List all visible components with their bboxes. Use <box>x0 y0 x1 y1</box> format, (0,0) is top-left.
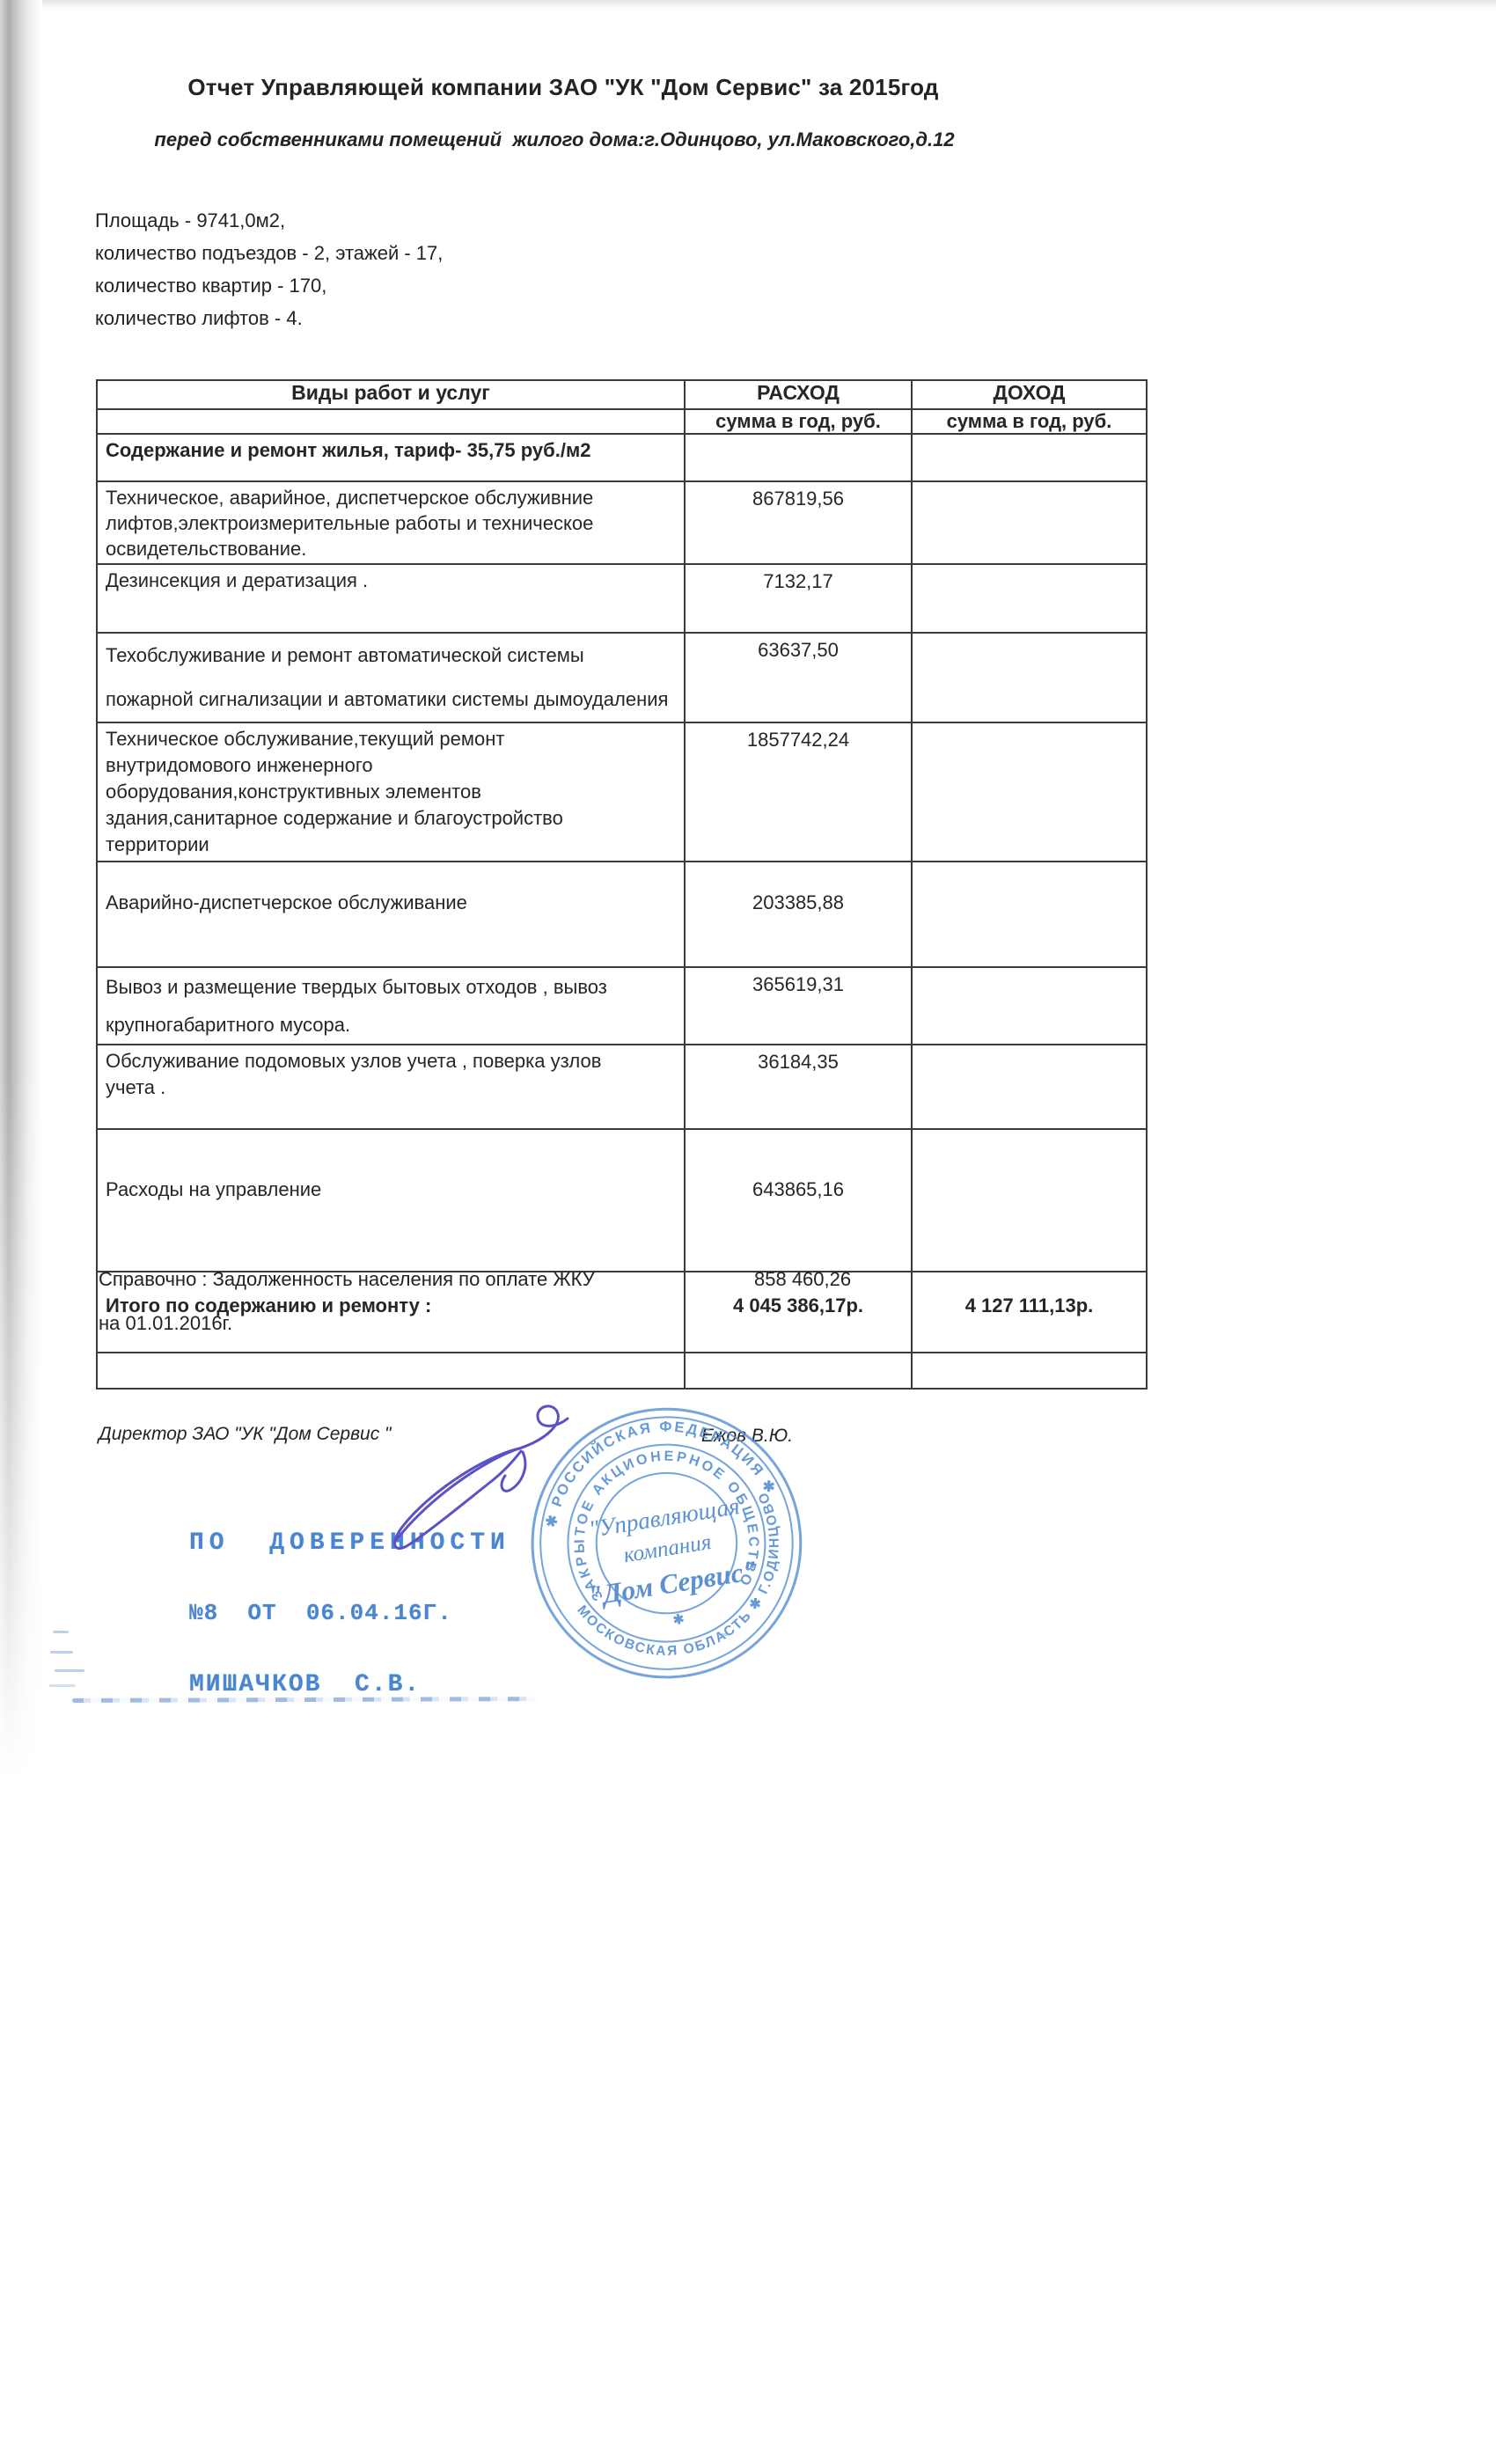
info-entrances-floors: количество подъездов - 2, этажей - 17, <box>95 237 443 269</box>
seal-center-line3: "Дом Сервис" <box>585 1554 760 1611</box>
info-apartments: количество квартир - 170, <box>95 269 443 302</box>
table-row: Аварийно-диспетчерское обслуживание20338… <box>97 862 1147 967</box>
table-row <box>97 1353 1147 1389</box>
header-income: ДОХОД <box>912 380 1147 409</box>
proxy-line-2: №8 ОТ 06.04.16Г. <box>189 1600 510 1626</box>
service-cell: Содержание и ремонт жилья, тариф- 35,75 … <box>97 434 685 481</box>
header-services: Виды работ и услуг <box>97 380 685 409</box>
expense-cell: 203385,88 <box>685 862 912 967</box>
income-cell <box>912 1045 1147 1129</box>
scan-top-shadow <box>0 0 1496 9</box>
signature-svg <box>370 1377 607 1566</box>
table-row: Техническое, аварийное, диспетчерское об… <box>97 481 1147 564</box>
ink-speck <box>55 1669 84 1672</box>
reference-note: Справочно : Задолженность населения по о… <box>99 1268 1067 1291</box>
ink-speck <box>717 1633 730 1636</box>
reference-label: Справочно : Задолженность населения по о… <box>99 1268 595 1290</box>
table-row: Дезинсекция и дератизация .7132,17 <box>97 564 1147 633</box>
handwritten-signature <box>370 1377 607 1566</box>
services-table: Виды работ и услуг РАСХОД ДОХОД сумма в … <box>96 379 1148 1390</box>
service-cell: Техническое обслуживание,текущий ремонт … <box>97 722 685 862</box>
subheader-income-units: сумма в год, руб. <box>912 409 1147 434</box>
ink-speck <box>53 1631 69 1633</box>
scan-left-shadow <box>0 0 42 1936</box>
ink-speck <box>50 1651 73 1654</box>
header-expense: РАСХОД <box>685 380 912 409</box>
ink-speck <box>49 1684 76 1687</box>
income-cell <box>912 633 1147 722</box>
expense-cell: 36184,35 <box>685 1045 912 1129</box>
expense-cell: 643865,16 <box>685 1129 912 1272</box>
expense-cell: 63637,50 <box>685 633 912 722</box>
service-cell: Вывоз и размещение твердых бытовых отход… <box>97 967 685 1045</box>
income-cell <box>912 1129 1147 1272</box>
income-cell <box>912 1353 1147 1389</box>
income-cell <box>912 862 1147 967</box>
table-row: Расходы на управление643865,16 <box>97 1129 1147 1272</box>
table-row: Техническое обслуживание,текущий ремонт … <box>97 722 1147 862</box>
expense-cell: 867819,56 <box>685 481 912 564</box>
table-row: Обслуживание подомовых узлов учета , пов… <box>97 1045 1147 1129</box>
income-cell <box>912 564 1147 633</box>
table-row: Содержание и ремонт жилья, тариф- 35,75 … <box>97 434 1147 481</box>
service-cell: Техническое, аварийное, диспетчерское об… <box>97 481 685 564</box>
expense-cell: 1857742,24 <box>685 722 912 862</box>
expense-cell: 365619,31 <box>685 967 912 1045</box>
reference-date: на 01.01.2016г. <box>99 1312 232 1335</box>
table-row: Техобслуживание и ремонт автоматической … <box>97 633 1147 722</box>
seal-center-line2: компания <box>622 1530 714 1567</box>
director-label: Директор ЗАО "УК "Дом Сервис " <box>99 1424 392 1444</box>
service-cell: Аварийно-диспетчерское обслуживание <box>97 862 685 967</box>
income-cell <box>912 434 1147 481</box>
expense-cell <box>685 434 912 481</box>
table-subheader-row: сумма в год, руб. сумма в год, руб. <box>97 409 1147 434</box>
scanned-report-page: Отчет Управляющей компании ЗАО "УК "Дом … <box>0 0 1496 2464</box>
expense-cell: 7132,17 <box>685 564 912 633</box>
seal-bottom-mark: ✱ <box>672 1611 686 1628</box>
page-title: Отчет Управляющей компании ЗАО "УК "Дом … <box>92 74 1034 101</box>
service-cell: Дезинсекция и дератизация . <box>97 564 685 633</box>
debt-amount: 858 460,26 <box>754 1268 851 1291</box>
page-subtitle: перед собственниками помещений жилого до… <box>70 128 1038 151</box>
proxy-line-3: МИШАЧКОВ С.В. <box>189 1672 510 1698</box>
income-cell <box>912 967 1147 1045</box>
subheader-expense-units: сумма в год, руб. <box>685 409 912 434</box>
service-cell: Расходы на управление <box>97 1129 685 1272</box>
building-info: Площадь - 9741,0м2, количество подъездов… <box>95 204 443 334</box>
info-elevators: количество лифтов - 4. <box>95 302 443 334</box>
service-cell: Обслуживание подомовых узлов учета , пов… <box>97 1045 685 1129</box>
table-header-row: Виды работ и услуг РАСХОД ДОХОД <box>97 380 1147 409</box>
income-cell <box>912 481 1147 564</box>
info-area: Площадь - 9741,0м2, <box>95 204 443 237</box>
table-row: Вывоз и размещение твердых бытовых отход… <box>97 967 1147 1045</box>
service-cell: Техобслуживание и ремонт автоматической … <box>97 633 685 722</box>
table-body: Содержание и ремонт жилья, тариф- 35,75 … <box>97 434 1147 1389</box>
subheader-empty <box>97 409 685 434</box>
income-cell <box>912 722 1147 862</box>
